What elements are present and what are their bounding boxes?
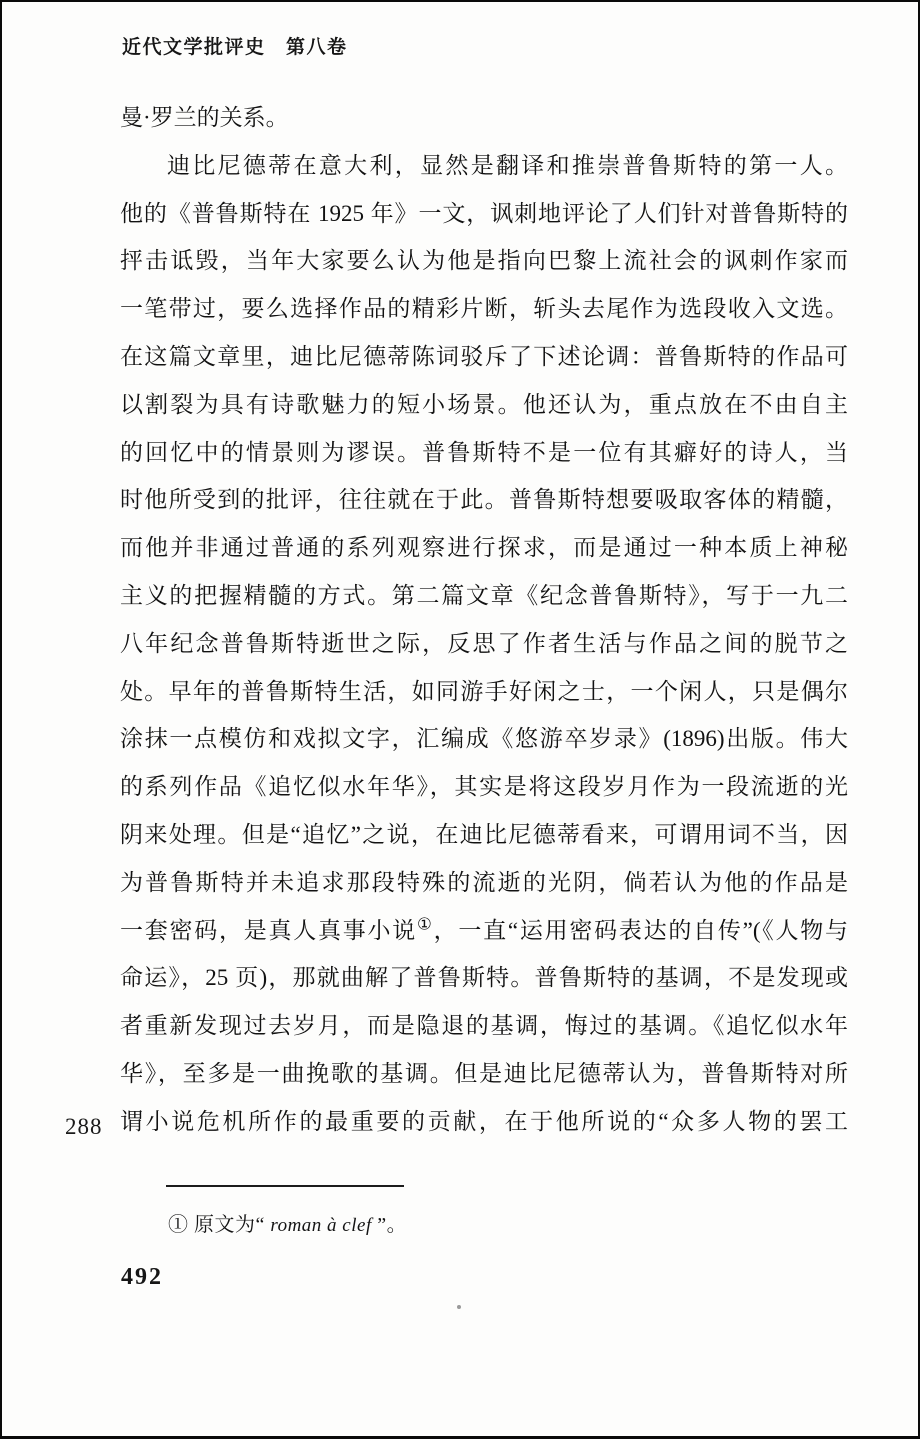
scanned-book-page: 近代文学批评史 第八卷 曼·罗兰的关系。 迪比尼德蒂在意大利，显然是翻译和推崇普…: [0, 0, 920, 1439]
text-segment: ，一直“运用密码表达的自传”(《人物与: [434, 918, 848, 943]
margin-page-number: 288: [65, 1114, 103, 1140]
text-line: 的回忆中的情景则为谬误。普鲁斯特不是一位有其癖好的诗人，当: [120, 429, 848, 477]
footnote-reference-mark: ①: [417, 914, 434, 933]
text-line: 的系列作品《追忆似水年华》，其实是将这段岁月作为一段流逝的光: [120, 763, 848, 811]
text-segment: 一套密码，是真人真事小说: [120, 918, 417, 943]
footnote-foreign-term: roman à clef: [270, 1215, 371, 1236]
text-line: 一套密码，是真人真事小说①，一直“运用密码表达的自传”(《人物与: [120, 907, 848, 955]
footnote: ① 原文为“ roman à clef ”。: [168, 1208, 407, 1237]
text-line: 迪比尼德蒂在意大利，显然是翻译和推崇普鲁斯特的第一人。: [120, 142, 848, 190]
footnote-text: ① 原文为“: [168, 1214, 270, 1236]
text-line: 以割裂为具有诗歌魅力的短小场景。他还认为，重点放在不由自主: [120, 381, 848, 429]
text-line: 者重新发现过去岁月，而是隐退的基调，悔过的基调。《追忆似水年: [120, 1002, 848, 1050]
running-header: 近代文学批评史 第八卷: [122, 32, 348, 59]
text-line: 八年纪念普鲁斯特逝世之际，反思了作者生活与作品之间的脱节之: [120, 620, 848, 668]
text-line: 为普鲁斯特并未追求那段特殊的流逝的光阴，倘若认为他的作品是: [120, 859, 848, 907]
page-number: 492: [121, 1264, 163, 1291]
text-line: 他的《普鲁斯特在 1925 年》一文，讽刺地评论了人们针对普鲁斯特的: [120, 190, 848, 238]
scan-speck: [457, 1305, 461, 1309]
text-line: 处。早年的普鲁斯特生活，如同游手好闲之士，一个闲人，只是偶尔: [120, 668, 848, 716]
text-line: 阴来处理。但是“追忆”之说，在迪比尼德蒂看来，可谓用词不当，因: [120, 811, 848, 859]
text-line: 而他并非通过普通的系列观察进行探求，而是通过一种本质上神秘: [120, 524, 848, 572]
text-line: 时他所受到的批评，往往就在于此。普鲁斯特想要吸取客体的精髓，: [120, 476, 848, 524]
body-text: 曼·罗兰的关系。 迪比尼德蒂在意大利，显然是翻译和推崇普鲁斯特的第一人。 他的《…: [120, 94, 848, 1146]
text-line: 涂抹一点模仿和戏拟文字，汇编成《悠游卒岁录》(1896)出版。伟大: [120, 715, 848, 763]
text-line: 命运》，25 页)，那就曲解了普鲁斯特。普鲁斯特的基调，不是发现或: [120, 954, 848, 1002]
footnote-text: ”。: [372, 1214, 407, 1236]
text-line: 谓小说危机所作的最重要的贡献，在于他所说的“众多人物的罢工: [120, 1098, 848, 1146]
text-line: 抨击诋毁，当年大家要么认为他是指向巴黎上流社会的讽刺作家而: [120, 237, 848, 285]
text-line: 在这篇文章里，迪比尼德蒂陈词驳斥了下述论调：普鲁斯特的作品可: [120, 333, 848, 381]
footnote-divider: [166, 1185, 404, 1187]
text-line: 华》，至多是一曲挽歌的基调。但是迪比尼德蒂认为，普鲁斯特对所: [120, 1050, 848, 1098]
text-line: 一笔带过，要么选择作品的精彩片断，斩头去尾作为选段收入文选。: [120, 285, 848, 333]
text-line: 主义的把握精髓的方式。第二篇文章《纪念普鲁斯特》，写于一九二: [120, 572, 848, 620]
text-line: 曼·罗兰的关系。: [120, 94, 848, 142]
